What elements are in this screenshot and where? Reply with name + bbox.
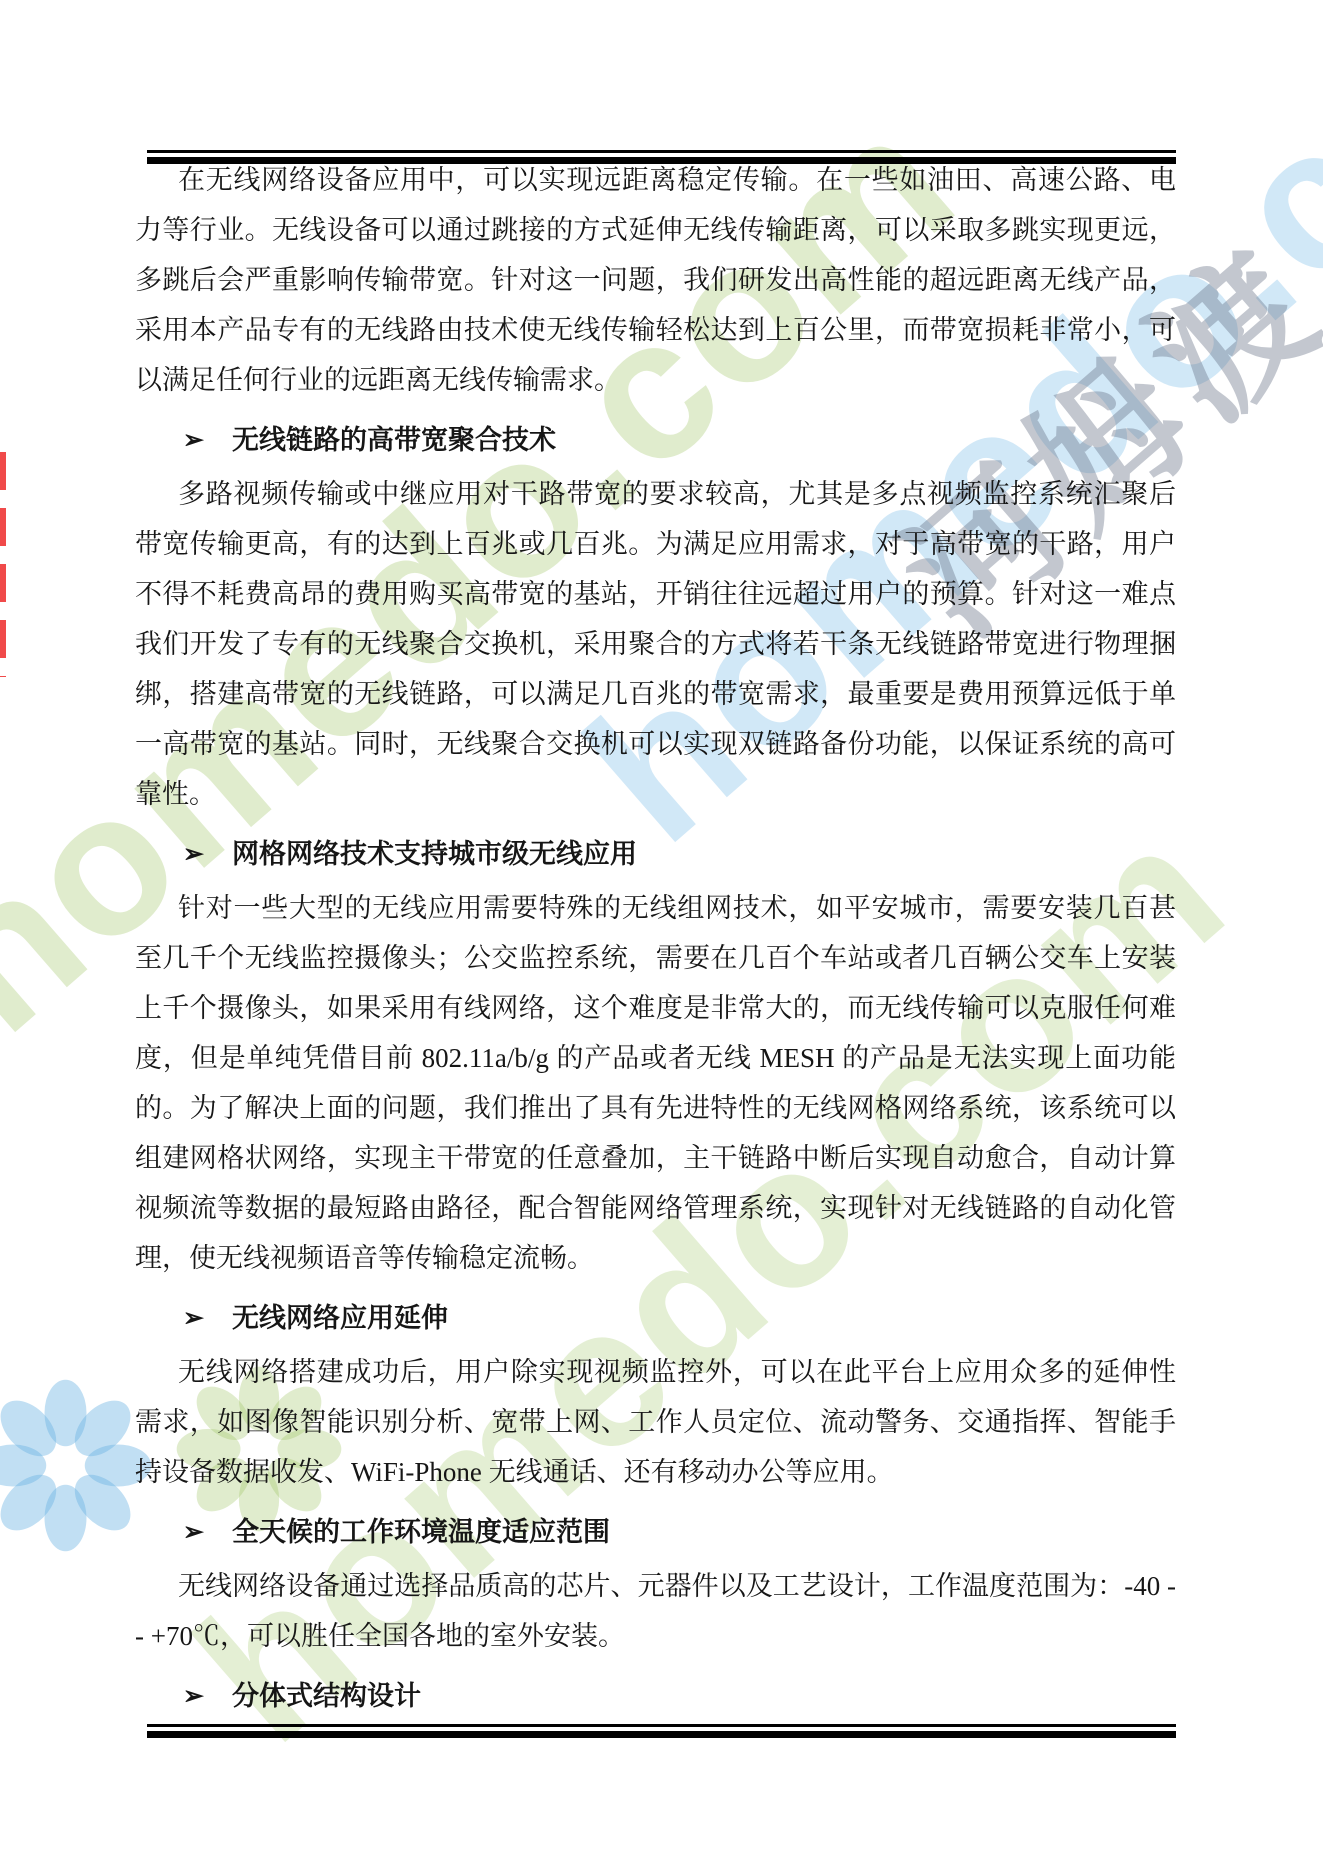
section-heading: ➢全天候的工作环境温度适应范围 bbox=[135, 1507, 1176, 1559]
body-paragraph: 针对一些大型的无线应用需要特殊的无线组网技术，如平安城市，需要安装几百甚至几千个… bbox=[135, 883, 1176, 1283]
top-double-rule bbox=[147, 150, 1176, 164]
section-heading: ➢网格网络技术支持城市级无线应用 bbox=[135, 829, 1176, 881]
section-heading: ➢无线网络应用延伸 bbox=[135, 1293, 1176, 1345]
body-paragraph: 无线网络设备通过选择品质高的芯片、元器件以及工艺设计，工作温度范围为：-40 -… bbox=[135, 1561, 1176, 1661]
heading-arrow-bullet-icon: ➢ bbox=[183, 830, 204, 880]
heading-arrow-bullet-icon: ➢ bbox=[183, 1294, 204, 1344]
homedo-flower-watermark-blue bbox=[0, 1378, 153, 1553]
page: { "page": { "background_color": "#ffffff… bbox=[0, 0, 1323, 1871]
body-paragraph: 多路视频传输或中继应用对干路带宽的要求较高，尤其是多点视频监控系统汇聚后带宽传输… bbox=[135, 469, 1176, 819]
heading-text: 分体式结构设计 bbox=[232, 1681, 421, 1711]
heading-text: 网格网络技术支持城市级无线应用 bbox=[232, 839, 637, 869]
heading-text: 无线网络应用延伸 bbox=[232, 1303, 448, 1333]
heading-text: 无线链路的高带宽聚合技术 bbox=[232, 425, 556, 455]
document-body: 在无线网络设备应用中，可以实现远距离稳定传输。在一些如油田、高速公路、电力等行业… bbox=[135, 155, 1176, 1725]
body-paragraph: 无线网络搭建成功后，用户除实现视频监控外，可以在此平台上应用众多的延伸性需求，如… bbox=[135, 1347, 1176, 1497]
heading-arrow-bullet-icon: ➢ bbox=[183, 416, 204, 466]
heading-arrow-bullet-icon: ➢ bbox=[183, 1672, 204, 1722]
section-heading: ➢无线链路的高带宽聚合技术 bbox=[135, 415, 1176, 467]
bottom-double-rule bbox=[147, 1724, 1176, 1738]
section-heading: ➢分体式结构设计 bbox=[135, 1671, 1176, 1723]
heading-text: 全天候的工作环境温度适应范围 bbox=[232, 1517, 610, 1547]
red-edge-mark bbox=[0, 452, 6, 677]
body-paragraph: 在无线网络设备应用中，可以实现远距离稳定传输。在一些如油田、高速公路、电力等行业… bbox=[135, 155, 1176, 405]
heading-arrow-bullet-icon: ➢ bbox=[183, 1508, 204, 1558]
